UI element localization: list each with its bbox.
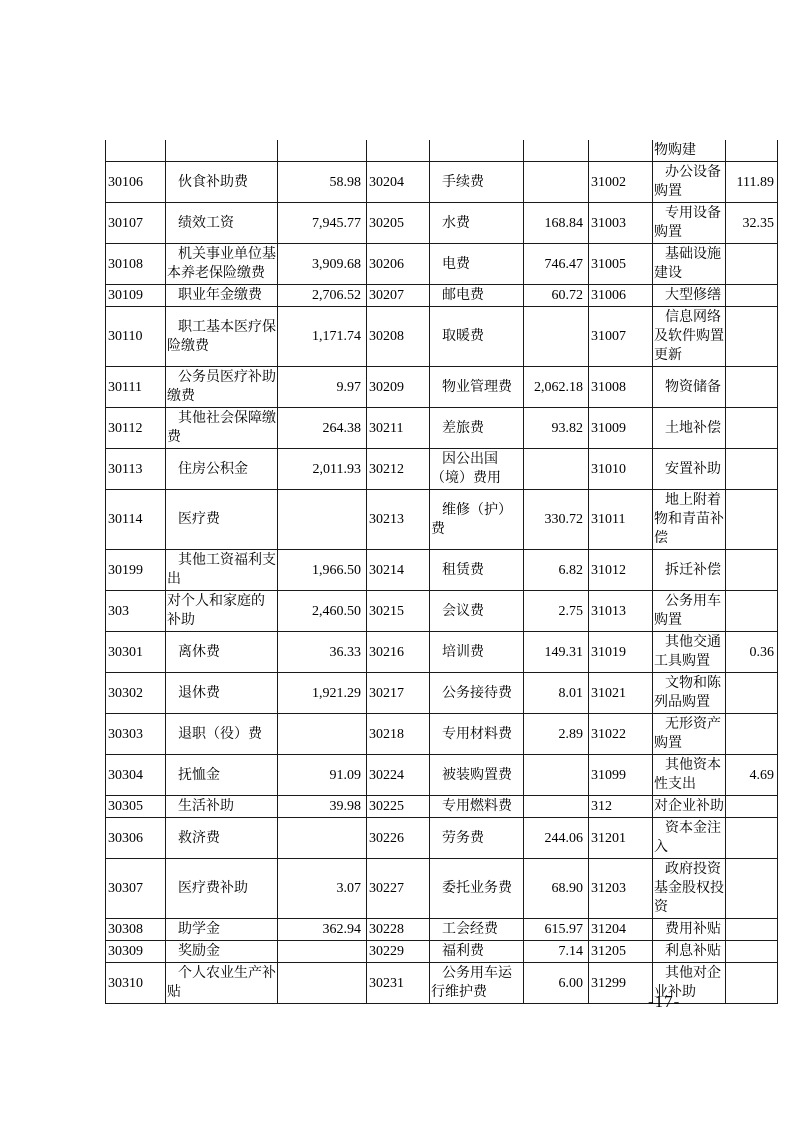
table-row: 物购建: [106, 140, 778, 162]
table-row: 30309奖励金30229福利费7.1431205利息补贴: [106, 941, 778, 963]
cell-item-code: 30213: [367, 490, 430, 550]
cell-amount: 58.98: [278, 162, 367, 203]
cell-item-name: 救济费: [166, 818, 278, 859]
page-number: -17-: [648, 992, 680, 1012]
table-row: 30199其他工资福利支出1,966.5030214租赁费6.8231012拆迁…: [106, 550, 778, 591]
cell-amount: [524, 796, 589, 818]
cell-amount: 3.07: [278, 859, 367, 919]
cell-item-name: 政府投资基金股权投资: [653, 859, 726, 919]
cell-amount: 330.72: [524, 490, 589, 550]
cell-item-name: 生活补助: [166, 796, 278, 818]
cell-amount: 91.09: [278, 755, 367, 796]
cell-item-name: 租赁费: [430, 550, 524, 591]
table-row: 30108机关事业单位基本养老保险缴费3,909.6830206电费746.47…: [106, 244, 778, 285]
cell-amount: 168.84: [524, 203, 589, 244]
cell-item-code: 30225: [367, 796, 430, 818]
cell-item-code: 30306: [106, 818, 166, 859]
table-row: 30301离休费36.3330216培训费149.3131019其他交通工具购置…: [106, 632, 778, 673]
cell-item-name: 安置补助: [653, 449, 726, 490]
cell-item-name: 利息补贴: [653, 941, 726, 963]
cell-amount: 2,706.52: [278, 285, 367, 307]
cell-item-code: 30304: [106, 755, 166, 796]
cell-item-code: 31299: [589, 963, 653, 1004]
cell-item-code: 31009: [589, 408, 653, 449]
cell-item-code: 31008: [589, 367, 653, 408]
cell-item-name: 伙食补助费: [166, 162, 278, 203]
cell-amount: [278, 963, 367, 1004]
table-row: 30106伙食补助费58.9830204手续费31002办公设备购置111.89: [106, 162, 778, 203]
cell-amount: [726, 550, 778, 591]
cell-item-code: 31019: [589, 632, 653, 673]
cell-amount: [726, 818, 778, 859]
cell-item-name: 取暖费: [430, 307, 524, 367]
cell-item-code: 31022: [589, 714, 653, 755]
cell-item-code: 31099: [589, 755, 653, 796]
cell-amount: [726, 244, 778, 285]
table-row: 30114医疗费30213维修（护）费330.7231011地上附着物和青苗补偿: [106, 490, 778, 550]
cell-item-code: 30308: [106, 919, 166, 941]
cell-amount: 6.00: [524, 963, 589, 1004]
cell-item-code: 30217: [367, 673, 430, 714]
cell-item-name: 职工基本医疗保险缴费: [166, 307, 278, 367]
cell-amount: [726, 285, 778, 307]
cell-item-code: 30305: [106, 796, 166, 818]
cell-item-code: 31010: [589, 449, 653, 490]
cell-amount: [726, 963, 778, 1004]
cell-amount: 60.72: [524, 285, 589, 307]
cell-item-name: 福利费: [430, 941, 524, 963]
cell-amount: [726, 140, 778, 162]
cell-item-code: [106, 140, 166, 162]
cell-amount: 39.98: [278, 796, 367, 818]
cell-item-name: 物业管理费: [430, 367, 524, 408]
table-row: 30306救济费30226劳务费244.0631201资本金注入: [106, 818, 778, 859]
cell-item-name: 会议费: [430, 591, 524, 632]
cell-item-code: 31205: [589, 941, 653, 963]
cell-item-code: 31002: [589, 162, 653, 203]
cell-amount: 244.06: [524, 818, 589, 859]
cell-item-name: 专用材料费: [430, 714, 524, 755]
cell-item-name: 电费: [430, 244, 524, 285]
cell-item-name: 其他工资福利支出: [166, 550, 278, 591]
cell-item-name: 无形资产购置: [653, 714, 726, 755]
cell-amount: [278, 714, 367, 755]
cell-item-name: 地上附着物和青苗补偿: [653, 490, 726, 550]
cell-item-code: 30229: [367, 941, 430, 963]
cell-item-code: 30208: [367, 307, 430, 367]
cell-item-name: 培训费: [430, 632, 524, 673]
cell-amount: 9.97: [278, 367, 367, 408]
cell-item-code: 30214: [367, 550, 430, 591]
cell-amount: 36.33: [278, 632, 367, 673]
cell-amount: 4.69: [726, 755, 778, 796]
table-row: 30303退职（役）费30218专用材料费2.8931022无形资产购置: [106, 714, 778, 755]
cell-item-name: 其他社会保障缴费: [166, 408, 278, 449]
cell-amount: 2.75: [524, 591, 589, 632]
cell-item-code: 30209: [367, 367, 430, 408]
cell-item-code: 30111: [106, 367, 166, 408]
table-row: 30113住房公积金2,011.9330212因公出国（境）费用31010安置补…: [106, 449, 778, 490]
cell-item-name: 大型修缮: [653, 285, 726, 307]
cell-item-code: 312: [589, 796, 653, 818]
cell-item-name: 委托业务费: [430, 859, 524, 919]
cell-item-code: 31007: [589, 307, 653, 367]
cell-amount: [726, 714, 778, 755]
cell-item-name: 劳务费: [430, 818, 524, 859]
cell-item-name: 基础设施建设: [653, 244, 726, 285]
cell-amount: 2,011.93: [278, 449, 367, 490]
cell-item-name: 因公出国（境）费用: [430, 449, 524, 490]
cell-item-name: 工会经费: [430, 919, 524, 941]
cell-item-code: 31201: [589, 818, 653, 859]
cell-item-code: 31204: [589, 919, 653, 941]
cell-item-name: 拆迁补偿: [653, 550, 726, 591]
cell-item-name: [430, 140, 524, 162]
cell-item-code: 30310: [106, 963, 166, 1004]
cell-item-code: 30205: [367, 203, 430, 244]
cell-amount: 362.94: [278, 919, 367, 941]
cell-item-name: 其他交通工具购置: [653, 632, 726, 673]
cell-item-code: 30228: [367, 919, 430, 941]
cell-item-code: 31012: [589, 550, 653, 591]
cell-item-code: 30207: [367, 285, 430, 307]
document-page: 物购建30106伙食补助费58.9830204手续费31002办公设备购置111…: [0, 0, 793, 1122]
cell-amount: 2,062.18: [524, 367, 589, 408]
cell-item-name: 公务用车购置: [653, 591, 726, 632]
cell-amount: 1,966.50: [278, 550, 367, 591]
cell-item-name: 物资储备: [653, 367, 726, 408]
table-row: 30111公务员医疗补助缴费9.9730209物业管理费2,062.183100…: [106, 367, 778, 408]
cell-item-name: 个人农业生产补贴: [166, 963, 278, 1004]
cell-amount: 149.31: [524, 632, 589, 673]
cell-item-code: 30110: [106, 307, 166, 367]
cell-item-code: 30211: [367, 408, 430, 449]
cell-amount: [524, 307, 589, 367]
cell-amount: 7.14: [524, 941, 589, 963]
table-row: 30107绩效工资7,945.7730205水费168.8431003专用设备购…: [106, 203, 778, 244]
cell-item-code: 303: [106, 591, 166, 632]
table-row: 30304抚恤金91.0930224被装购置费31099其他资本性支出4.69: [106, 755, 778, 796]
budget-table-body: 物购建30106伙食补助费58.9830204手续费31002办公设备购置111…: [106, 140, 778, 1004]
cell-amount: [726, 307, 778, 367]
cell-item-name: [166, 140, 278, 162]
cell-item-code: 30301: [106, 632, 166, 673]
cell-item-name: 公务员医疗补助缴费: [166, 367, 278, 408]
cell-item-code: 30212: [367, 449, 430, 490]
cell-item-name: 退职（役）费: [166, 714, 278, 755]
cell-amount: [524, 449, 589, 490]
cell-item-code: 30218: [367, 714, 430, 755]
cell-item-code: 30227: [367, 859, 430, 919]
cell-amount: 0.36: [726, 632, 778, 673]
cell-item-code: 30226: [367, 818, 430, 859]
cell-amount: 68.90: [524, 859, 589, 919]
cell-item-code: 30302: [106, 673, 166, 714]
cell-amount: [726, 490, 778, 550]
cell-item-name: 费用补贴: [653, 919, 726, 941]
cell-amount: [726, 673, 778, 714]
cell-item-code: 30309: [106, 941, 166, 963]
cell-item-code: 30114: [106, 490, 166, 550]
cell-item-code: 31006: [589, 285, 653, 307]
cell-amount: [278, 818, 367, 859]
cell-item-name: 信息网络及软件购置更新: [653, 307, 726, 367]
cell-item-name: 文物和陈列品购置: [653, 673, 726, 714]
table-row: 30307医疗费补助3.0730227委托业务费68.9031203政府投资基金…: [106, 859, 778, 919]
cell-item-code: [589, 140, 653, 162]
cell-amount: 6.82: [524, 550, 589, 591]
cell-item-code: 30216: [367, 632, 430, 673]
cell-item-name: 医疗费: [166, 490, 278, 550]
cell-item-name: 对企业补助: [653, 796, 726, 818]
cell-item-code: 30108: [106, 244, 166, 285]
cell-item-code: 30307: [106, 859, 166, 919]
cell-item-code: 30112: [106, 408, 166, 449]
cell-item-code: 31021: [589, 673, 653, 714]
table-row: 30109职业年金缴费2,706.5230207邮电费60.7231006大型修…: [106, 285, 778, 307]
cell-amount: [726, 796, 778, 818]
cell-item-name: 住房公积金: [166, 449, 278, 490]
cell-item-name: 水费: [430, 203, 524, 244]
cell-item-code: 30215: [367, 591, 430, 632]
cell-item-name: 邮电费: [430, 285, 524, 307]
table-row: 30112其他社会保障缴费264.3830211差旅费93.8231009土地补…: [106, 408, 778, 449]
cell-amount: [726, 367, 778, 408]
cell-item-code: 30199: [106, 550, 166, 591]
cell-item-code: 30113: [106, 449, 166, 490]
cell-item-name: 被装购置费: [430, 755, 524, 796]
cell-amount: [726, 859, 778, 919]
cell-amount: 1,921.29: [278, 673, 367, 714]
cell-item-name: 其他资本性支出: [653, 755, 726, 796]
cell-item-code: 30106: [106, 162, 166, 203]
cell-amount: 2,460.50: [278, 591, 367, 632]
cell-item-code: 30107: [106, 203, 166, 244]
cell-amount: [726, 941, 778, 963]
cell-item-name: 助学金: [166, 919, 278, 941]
table-row: 30302退休费1,921.2930217公务接待费8.0131021文物和陈列…: [106, 673, 778, 714]
cell-item-name: 离休费: [166, 632, 278, 673]
cell-item-name: 抚恤金: [166, 755, 278, 796]
cell-amount: 32.35: [726, 203, 778, 244]
cell-item-name: 公务用车运行维护费: [430, 963, 524, 1004]
cell-item-name: 机关事业单位基本养老保险缴费: [166, 244, 278, 285]
cell-amount: [726, 408, 778, 449]
cell-amount: 93.82: [524, 408, 589, 449]
cell-item-name: 物购建: [653, 140, 726, 162]
cell-item-name: 退休费: [166, 673, 278, 714]
table-row: 30305生活补助39.9830225专用燃料费312对企业补助: [106, 796, 778, 818]
table-row: 30110职工基本医疗保险缴费1,171.7430208取暖费31007信息网络…: [106, 307, 778, 367]
cell-item-code: 30204: [367, 162, 430, 203]
cell-amount: [524, 755, 589, 796]
cell-amount: 2.89: [524, 714, 589, 755]
cell-amount: 8.01: [524, 673, 589, 714]
cell-item-name: 绩效工资: [166, 203, 278, 244]
cell-amount: [726, 919, 778, 941]
cell-amount: [278, 140, 367, 162]
cell-item-name: 专用燃料费: [430, 796, 524, 818]
cell-item-name: 医疗费补助: [166, 859, 278, 919]
cell-item-name: 奖励金: [166, 941, 278, 963]
cell-item-name: 职业年金缴费: [166, 285, 278, 307]
budget-table: 物购建30106伙食补助费58.9830204手续费31002办公设备购置111…: [105, 140, 778, 1004]
cell-amount: 7,945.77: [278, 203, 367, 244]
table-row: 303对个人和家庭的补助2,460.5030215会议费2.7531013公务用…: [106, 591, 778, 632]
cell-amount: [524, 162, 589, 203]
cell-item-name: 手续费: [430, 162, 524, 203]
cell-item-code: 31013: [589, 591, 653, 632]
cell-amount: [278, 941, 367, 963]
cell-item-name: 对个人和家庭的补助: [166, 591, 278, 632]
cell-amount: 1,171.74: [278, 307, 367, 367]
cell-item-code: 31011: [589, 490, 653, 550]
cell-amount: [726, 449, 778, 490]
cell-item-code: 30206: [367, 244, 430, 285]
cell-item-code: 31005: [589, 244, 653, 285]
cell-amount: [726, 591, 778, 632]
cell-item-name: 专用设备购置: [653, 203, 726, 244]
cell-amount: 615.97: [524, 919, 589, 941]
cell-amount: [278, 490, 367, 550]
table-row: 30308助学金362.9430228工会经费615.9731204费用补贴: [106, 919, 778, 941]
cell-item-code: [367, 140, 430, 162]
cell-item-code: 31203: [589, 859, 653, 919]
cell-item-code: 30109: [106, 285, 166, 307]
cell-item-name: 办公设备购置: [653, 162, 726, 203]
cell-amount: 111.89: [726, 162, 778, 203]
cell-item-name: 差旅费: [430, 408, 524, 449]
cell-amount: 3,909.68: [278, 244, 367, 285]
cell-item-code: 31003: [589, 203, 653, 244]
cell-item-code: 30231: [367, 963, 430, 1004]
cell-item-name: 土地补偿: [653, 408, 726, 449]
cell-item-name: 维修（护）费: [430, 490, 524, 550]
cell-amount: [524, 140, 589, 162]
cell-item-name: 公务接待费: [430, 673, 524, 714]
cell-amount: 264.38: [278, 408, 367, 449]
cell-item-code: 30224: [367, 755, 430, 796]
cell-item-name: 资本金注入: [653, 818, 726, 859]
cell-amount: 746.47: [524, 244, 589, 285]
cell-item-code: 30303: [106, 714, 166, 755]
